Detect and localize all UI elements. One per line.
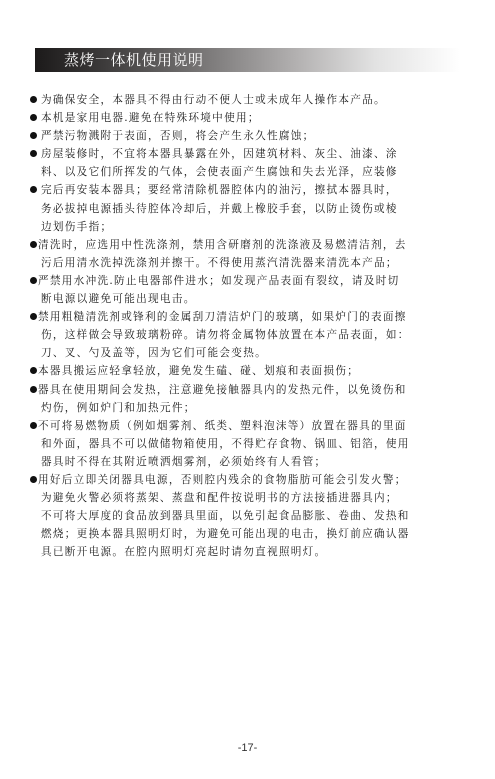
list-item: 本器具搬运应轻拿轻放，避免发生磕、碰、划痕和表面损伤；: [30, 362, 460, 380]
list-item: 为确保安全，本器具不得由行动不便人士或未成年人操作本产品。: [30, 91, 460, 109]
list-item: 完后再安装本器具；要经常清除机器腔体内的油污，擦拭本器具时， 务必拔掉电源插头待…: [30, 181, 460, 235]
item-text-continued: 器具时不得在其附近喷洒烟雾剂，必须始终有人看管；: [30, 453, 460, 471]
item-text-continued: 断电源以避免可能出现电击。: [30, 290, 460, 308]
list-item: 禁用粗糙清洗剂或锋利的金属刮刀清洁炉门的玻璃，如果炉门的表面擦 伤，这样做会导致…: [30, 308, 460, 362]
page-number: -17-: [0, 742, 495, 754]
list-item: 严禁用水冲洗.防止电器部件进水；如发现产品表面有裂纹，请及时切 断电源以避免可能…: [30, 272, 460, 308]
item-text: 房屋装修时，不宜将本器具暴露在外，因建筑材料、灰尘、油漆、涂: [41, 148, 398, 160]
list-item: 清洗时，应选用中性洗涤剂，禁用含研磨剂的洗涤液及易燃清洁剂，去 污后用清水洗掉洗…: [30, 236, 460, 272]
list-item: 房屋装修时，不宜将本器具暴露在外，因建筑材料、灰尘、油漆、涂 料、以及它们所挥发…: [30, 145, 460, 181]
item-text-continued: 燃烧；更换本器具照明灯时，为避免可能出现的电击，换灯前应确认器: [30, 525, 460, 543]
section-title: 蒸烤一体机使用说明: [64, 50, 204, 70]
list-item: 用好后立即关闭器具电源，否则腔内残余的食物脂肪可能会引发火警； 为避免火警必须将…: [30, 471, 460, 561]
bullet-icon: [30, 241, 37, 248]
list-item: 不可将易燃物质（例如烟雾剂、纸类、塑料泡沫等）放置在器具的里面 和外面，器具不可…: [30, 417, 460, 471]
bullet-icon: [30, 422, 37, 429]
bullet-icon: [30, 132, 37, 139]
item-text-continued: 为避免火警必须将蒸架、蒸盘和配件按说明书的方法接插进器具内；: [30, 489, 460, 507]
bullet-icon: [30, 96, 37, 103]
list-item: 器具在使用期间会发热，注意避免接触器具内的发热元件，以免烫伤和 灼伤，例如炉门和…: [30, 381, 460, 417]
item-text: 器具在使用期间会发热，注意避免接触器具内的发热元件，以免烫伤和: [38, 384, 407, 396]
list-item: 严禁污物溅附于表面，否则，将会产生永久性腐蚀；: [30, 127, 460, 145]
bullet-icon: [30, 476, 37, 483]
item-text-continued: 和外面，器具不可以做储物箱使用，不得贮存食物、锅皿、铝箔，使用: [30, 435, 460, 453]
item-text-continued: 务必拔掉电源插头待腔体冷却后，并戴上橡胶手套，以防止烫伤或棱: [30, 200, 460, 218]
bullet-icon: [30, 367, 37, 374]
item-text: 用好后立即关闭器具电源，否则腔内残余的食物脂肪可能会引发火警；: [38, 474, 407, 486]
item-text-continued: 刀、叉、勺及盖等，因为它们可能会变热。: [30, 344, 460, 362]
item-text: 本机是家用电器.避免在特殊环境中使用；: [41, 112, 260, 124]
item-text-continued: 具已断开电源。在腔内照明灯亮起时请勿直视照明灯。: [30, 543, 460, 561]
item-text: 清洗时，应选用中性洗涤剂，禁用含研磨剂的洗涤液及易燃清洁剂，去: [38, 239, 407, 251]
bullet-icon: [30, 386, 37, 393]
item-text-continued: 不可将大厚度的食品放到器具里面，以免引起食品膨胀、卷曲、发热和: [30, 507, 460, 525]
section-header-bar: 蒸烤一体机使用说明: [35, 48, 460, 72]
item-text: 完后再安装本器具；要经常清除机器腔体内的油污，擦拭本器具时，: [41, 184, 398, 196]
item-text: 严禁污物溅附于表面，否则，将会产生永久性腐蚀；: [41, 130, 315, 142]
bullet-icon: [30, 277, 37, 284]
item-text: 严禁用水冲洗.防止电器部件进水；如发现产品表面有裂纹，请及时切: [38, 275, 399, 287]
item-text-continued: 边划伤手指；: [30, 218, 460, 236]
bullet-icon: [30, 150, 37, 157]
item-text-continued: 料、以及它们所挥发的气体，会使表面产生腐蚀和失去光泽，应装修: [30, 163, 460, 181]
item-text-continued: 灼伤，例如炉门和加热元件；: [30, 399, 460, 417]
item-text: 禁用粗糙清洗剂或锋利的金属刮刀清洁炉门的玻璃，如果炉门的表面擦: [38, 311, 407, 323]
item-text-continued: 伤，这样做会导致玻璃粉碎。请勿将金属物体放置在本产品表面，如：: [30, 326, 460, 344]
list-item: 本机是家用电器.避免在特殊环境中使用；: [30, 109, 460, 127]
bullet-icon: [30, 313, 37, 320]
item-text: 本器具搬运应轻拿轻放，避免发生磕、碰、划痕和表面损伤；: [38, 365, 359, 377]
bullet-icon: [30, 114, 37, 121]
safety-instructions-list: 为确保安全，本器具不得由行动不便人士或未成年人操作本产品。 本机是家用电器.避免…: [30, 91, 460, 561]
bullet-icon: [30, 186, 37, 193]
item-text-continued: 污后用清水洗掉洗涤剂并擦干。不得使用蒸汽清洗器来清洗本产品；: [30, 254, 460, 272]
item-text: 不可将易燃物质（例如烟雾剂、纸类、塑料泡沫等）放置在器具的里面: [38, 420, 407, 432]
item-text: 为确保安全，本器具不得由行动不便人士或未成年人操作本产品。: [41, 94, 386, 106]
